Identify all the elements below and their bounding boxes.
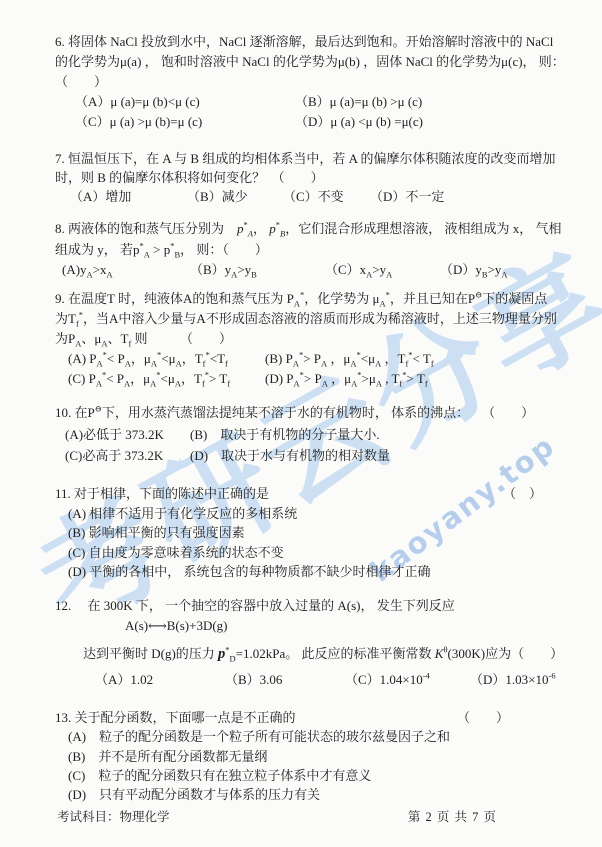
- question-9-option-c: (C) PA*< PA，μA*<μA，Tf*> Tf: [68, 369, 265, 389]
- question-12-reaction-equation: A(s)⟷B(s)+3D(g): [125, 616, 572, 636]
- question-9-option-b: (B) PA*> PA ，μA*<μA ，Tf*< Tf: [265, 349, 434, 369]
- question-11-answer-blank: （ ）: [503, 484, 542, 504]
- question-13: 13. 关于配分函数，下面哪一点是不正确的 （ ） (A) 粒子的配分函数是一个…: [55, 708, 572, 804]
- question-13-option-d: (D) 只有平动配分函数才与体系的压力有关: [68, 785, 572, 804]
- question-8-line2: 组成为 y， 若p*A > p*B， 则：（ ）: [55, 240, 572, 261]
- question-6: 6. 将固体 NaCl 投放到水中，NaCl 逐渐溶解，最后达到饱和。开始溶解时…: [55, 32, 572, 132]
- question-6-option-b: （B）μ (a)=μ (b) >μ (c): [295, 92, 422, 112]
- question-7-option-d: （D）不一定: [370, 187, 444, 207]
- question-10-option-c: (C)必高于 373.2K: [65, 445, 190, 467]
- question-10-option-d: (D) 取决于水与有机物的相对数量: [190, 445, 390, 467]
- question-8-option-c: （C）xA>yA: [325, 260, 440, 281]
- question-8-option-d: （D）yB>yA: [440, 260, 508, 281]
- question-6-line1: 6. 将固体 NaCl 投放到水中，NaCl 逐渐溶解，最后达到饱和。开始溶解时…: [55, 32, 572, 52]
- question-6-option-d: （D）μ (a) <μ (b) =μ(c): [295, 112, 423, 132]
- question-11-option-d: (D) 平衡的各相中， 系统包含的每种物质都不缺少时相律才正确: [68, 562, 572, 582]
- question-13-option-a: (A) 粒子的配分函数是一个粒子所有可能状态的玻尔兹曼因子之和: [68, 727, 572, 746]
- question-12: 12. 在 300K 下， 一个抽空的容器中放入过量的 A(s)， 发生下列反应…: [55, 596, 572, 690]
- question-11-option-b: (B) 影响相平衡的只有强度因素: [68, 523, 572, 543]
- question-12-line3: 达到平衡时 D(g)的压力 p*D=1.02kPa。 此反应的标准平衡常数 Kθ…: [83, 643, 572, 665]
- question-12-option-a: （A）1.02: [95, 670, 225, 690]
- question-6-answer-blank: （ ）: [55, 72, 572, 92]
- question-7-option-a: （A）增加: [70, 187, 187, 207]
- question-11: 11. 对于相律，下面的陈述中正确的是 （ ） (A) 相律不适用于有化学反应的…: [55, 484, 572, 582]
- question-11-option-a: (A) 相律不适用于有化学反应的多相系统: [68, 504, 572, 524]
- question-9-option-a: (A) PA*< PA，μA*<μA，Tf*<Tf: [68, 349, 265, 369]
- question-6-option-a: （A）μ (a)=μ (b)<μ (c): [75, 92, 295, 112]
- question-13-option-c: (C) 粒子的配分函数只有在独立粒子体系中才有意义: [68, 766, 572, 785]
- question-7: 7. 恒温恒压下，在 A 与 B 组成的均相体系当中，若 A 的偏摩尔体积随浓度…: [55, 149, 572, 207]
- question-7-line1: 7. 恒温恒压下，在 A 与 B 组成的均相体系当中，若 A 的偏摩尔体积随浓度…: [55, 149, 572, 168]
- question-11-option-c: (C) 自由度为零意味着系统的状态不变: [68, 543, 572, 563]
- question-9-line2: 为Tf*，当A中溶入少量与A不形成固态溶液的溶质而形成为稀溶液时，上述三物理量分…: [55, 309, 572, 329]
- question-8: 8. 两液体的饱和蒸气压分别为 p*A， p*B，它们混合形成理想溶液， 液相组…: [55, 219, 572, 281]
- question-9-line3: 为PA、μA、Tf 则 （ ）: [55, 329, 572, 349]
- question-10: 10. 在P⊖下，用水蒸汽蒸馏法提纯某不溶于水的有机物时， 体系的沸点： （ ）…: [55, 402, 572, 467]
- question-7-line2: 时，则 B 的偏摩尔体积将如何变化？ （ ）: [55, 168, 572, 187]
- question-13-line1: 13. 关于配分函数，下面哪一点是不正确的: [55, 710, 296, 725]
- question-10-option-a: (A)必低于 373.2K: [65, 424, 190, 446]
- question-9: 9. 在温度T 时，纯液体A的饱和蒸气压为 PA*，化学势为 μA*，并且已知在…: [55, 289, 572, 389]
- question-6-option-c: （C）μ (a) >μ (b)=μ (c): [75, 112, 295, 132]
- question-12-option-b: （B）3.06: [225, 670, 345, 690]
- question-8-option-a: (A)yA>xA: [62, 260, 190, 281]
- question-10-option-b: (B) 取决于有机物的分子量大小.: [190, 424, 380, 446]
- question-12-option-d: （D）1.03×10-6: [470, 670, 556, 690]
- question-9-option-d: (D) PA*> PA ，μA*>μA , Tf*> Tf: [265, 369, 428, 389]
- question-7-option-c: （C）不变: [283, 187, 370, 207]
- question-12-line1: 12. 在 300K 下， 一个抽空的容器中放入过量的 A(s)， 发生下列反应: [55, 596, 572, 616]
- exam-page: 6. 将固体 NaCl 投放到水中，NaCl 逐渐溶解，最后达到饱和。开始溶解时…: [0, 0, 602, 847]
- question-13-option-b: (B) 并不是所有配分函数都无量纲: [68, 747, 572, 766]
- question-10-line1: 10. 在P⊖下，用水蒸汽蒸馏法提纯某不溶于水的有机物时， 体系的沸点： （ ）: [55, 402, 572, 424]
- question-11-line1: 11. 对于相律，下面的陈述中正确的是: [55, 486, 269, 501]
- question-12-option-c: （C）1.04×10-4: [345, 670, 470, 690]
- question-9-line1: 9. 在温度T 时，纯液体A的饱和蒸气压为 PA*，化学势为 μA*，并且已知在…: [55, 289, 572, 309]
- question-6-line2: 的化学势为μ(a) ， 饱和时溶液中 NaCl 的化学势为μ(b) ，固体 Na…: [55, 52, 572, 72]
- question-7-option-b: （B）减少: [187, 187, 283, 207]
- footer-page-number: 第 2 页 共 7 页: [408, 809, 497, 825]
- footer-exam-subject: 考试科目：物理化学: [57, 809, 170, 825]
- question-8-option-b: （B）yA>yB: [190, 260, 325, 281]
- question-13-answer-blank: （ ）: [457, 708, 509, 727]
- question-8-line1: 8. 两液体的饱和蒸气压分别为 p*A， p*B，它们混合形成理想溶液， 液相组…: [55, 219, 572, 240]
